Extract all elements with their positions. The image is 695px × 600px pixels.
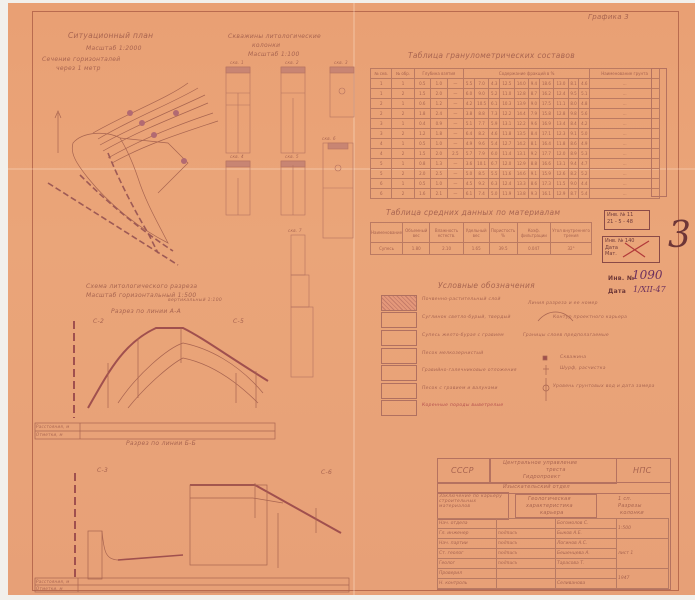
granulometric-table-title: Таблица гранулометрических составов xyxy=(408,51,575,60)
section-aa-footer-row: Расстояния, м xyxy=(36,424,70,429)
table-row: 321.21.8—6.48.24.611.813.58.417.112.39.1… xyxy=(371,129,660,139)
title-block-project: Изыскательский отдел xyxy=(503,484,570,490)
section-bb-footer-row: Отметки, м xyxy=(36,586,63,591)
table-row: 610.51.0—4.59.26.312.413.38.617.311.59.0… xyxy=(371,179,660,189)
table-header: Наименование xyxy=(371,223,403,243)
table-header: Глубина взятия xyxy=(414,69,464,79)
table-header: № скв. xyxy=(371,69,392,79)
legend-item-label: Суглинок светло-бурый, твердый xyxy=(422,315,511,320)
date-label: Дата xyxy=(608,288,626,295)
legend-right-item: Шурф, расчистка xyxy=(560,366,606,371)
table-row: 310.40.9—5.17.75.913.112.29.616.913.48.4… xyxy=(371,119,660,129)
table-row: 510.81.3—3.610.16.712.012.98.816.613.19.… xyxy=(371,159,660,169)
title-block-code: НПС xyxy=(633,466,652,475)
legend-swatch-soil xyxy=(381,295,417,311)
section-bb-footer-row: Расстояния, м xyxy=(36,579,70,584)
title-block-center-2: характеристика xyxy=(526,503,573,509)
legend-swatch-sand xyxy=(381,348,417,364)
section-aa-title-1: Схема литологического разреза xyxy=(86,283,197,290)
title-block-center-1: Геологическая xyxy=(528,496,571,502)
legend-swatch-loam xyxy=(381,312,417,328)
date-value: 1/XII-47 xyxy=(633,285,666,294)
table-header: Содержание фракций в % xyxy=(464,69,590,79)
registration-stamp-upper: Инв. № 11 21 - 5 - 48 xyxy=(604,210,650,230)
registration-stamp-middle: Инв. № 140 Дата Мат. xyxy=(602,236,660,263)
section-bb-left-marker: С-3 xyxy=(97,467,108,474)
borehole-label: скв. 5 xyxy=(285,154,299,159)
granulometric-table: № скв. № обр. Глубина взятия Содержание … xyxy=(370,68,660,199)
sheet-number: 3 xyxy=(668,215,691,256)
legend-right-item: Скважина xyxy=(560,355,586,360)
borehole-label: скв. 6 xyxy=(322,136,336,141)
borehole-label: скв. 2 xyxy=(285,60,299,65)
legend-item-label: Почвенно-растительный слой xyxy=(422,297,501,302)
signature-table: Нач. отделаБогомолов С.1:500 Гл. инженер… xyxy=(437,518,669,589)
table-row: 421.52.02.55.77.96.011.413.19.217.712.08… xyxy=(371,149,660,159)
table-row: 110.51.0—5.57.04.312.514.09.418.613.08.1… xyxy=(371,79,660,89)
inventory-label: Инв. № xyxy=(608,275,634,282)
section-bb-right-marker: С-6 xyxy=(321,469,332,476)
table-header: Удельный вес xyxy=(463,223,489,243)
table-header: Объемный вес xyxy=(403,223,430,243)
legend-swatch-bedrock xyxy=(381,400,417,416)
weighted-table: Наименование Объемный вес Влажность есте… xyxy=(370,222,592,255)
table-row: Проверил1947 xyxy=(438,569,669,579)
legend-swatch-sand-gravel xyxy=(381,383,417,399)
table-row: 210.61.2—4.210.56.110.313.99.017.511.18.… xyxy=(371,99,660,109)
borehole-label: скв. 4 xyxy=(230,154,244,159)
legend-item-label: Песок мелкозернистый xyxy=(422,351,484,356)
table-row: Нач. отделаБогомолов С.1:500 xyxy=(438,519,669,529)
legend-item-label: Гравийно-галечниковые отложения xyxy=(422,368,517,373)
legend-item-label: Песок с гравием и валунами xyxy=(422,386,498,391)
table-header: Пористость % xyxy=(489,223,517,243)
legend-right-item: Контур проектного карьера xyxy=(553,315,627,320)
title-block-org-2: треста xyxy=(546,467,566,473)
table-row: Нач. партииподписьЛогинов А.С.лист 1 xyxy=(438,539,669,549)
section-aa-right-marker: С-5 xyxy=(233,318,244,325)
title-block-right-1: 1 сп. xyxy=(618,496,632,502)
table-side-column xyxy=(651,68,667,197)
section-aa-title-3: вертикальный 1:100 xyxy=(168,298,222,303)
legend-item-label: Коренные породы выветрелые xyxy=(422,403,503,408)
table-row: 121.52.0—6.09.05.211.012.88.716.212.49.5… xyxy=(371,89,660,99)
section-bb-label: Разрез по линии Б-Б xyxy=(126,440,196,447)
section-aa-label: Разрез по линии А-А xyxy=(111,308,181,315)
table-header: № обр. xyxy=(392,69,414,79)
title-block-org-3: Гидропроект xyxy=(523,474,561,480)
borehole-scale: Масштаб 1:100 xyxy=(248,51,300,58)
weighted-table-title: Таблица средних данных по материалам xyxy=(386,208,560,217)
title-block-left-note: Заключение по карьеру строительных матер… xyxy=(439,494,505,509)
table-row: Супесь1.802.101.6539.50.04732° xyxy=(371,243,592,255)
legend-swatch-gravel xyxy=(381,365,417,381)
borehole-title-2: колонки xyxy=(252,42,280,49)
legend-right-item: Линия разреза и ее номер xyxy=(528,301,598,306)
legend-title: Условные обозначения xyxy=(438,281,535,290)
table-row: 621.62.1—6.17.45.011.913.89.316.112.98.7… xyxy=(371,189,660,199)
borehole-title-1: Скважины литологические xyxy=(228,33,321,40)
table-row: 221.82.4—3.88.87.312.214.47.915.812.89.8… xyxy=(371,109,660,119)
legend-right-item: Границы слоев предполагаемые xyxy=(523,333,609,338)
legend-swatch-sandy-loam xyxy=(381,330,417,346)
inventory-number: 1090 xyxy=(632,268,663,282)
legend-item-label: Супесь желто-бурая с гравием xyxy=(422,333,504,338)
section-aa-footer-row: Отметки, м xyxy=(36,432,63,437)
borehole-label: скв. 1 xyxy=(230,60,244,65)
cross-out-mark-icon xyxy=(621,239,651,259)
title-block-right-3: колонки xyxy=(620,510,644,516)
table-header: Угол внутреннего трения xyxy=(551,223,592,243)
legend-right-item: Уровень грунтовых вод и дата замера xyxy=(553,384,655,389)
title-block-right-2: Разрезы xyxy=(618,503,642,509)
section-aa-left-marker: С-2 xyxy=(93,318,104,325)
table-row: 522.02.5—5.08.55.511.614.69.115.912.68.2… xyxy=(371,169,660,179)
borehole-label: скв. 7 xyxy=(288,228,302,233)
title-block-center-3: карьера xyxy=(540,510,564,516)
table-header: Наименование грунта xyxy=(590,69,660,79)
table-header: Влажность естеств. xyxy=(430,223,463,243)
table-row: 410.51.0—4.99.65.412.714.28.116.411.88.6… xyxy=(371,139,660,149)
title-block-org-1: Центральное управление xyxy=(503,460,577,466)
table-header: Коэф. фильтрации xyxy=(517,223,551,243)
title-block-country: СССР xyxy=(451,466,474,475)
borehole-label: скв. 3 xyxy=(334,60,348,65)
blueprint-sheet: Графика 3 Ситуационный план Масштаб 1:20… xyxy=(8,3,695,595)
